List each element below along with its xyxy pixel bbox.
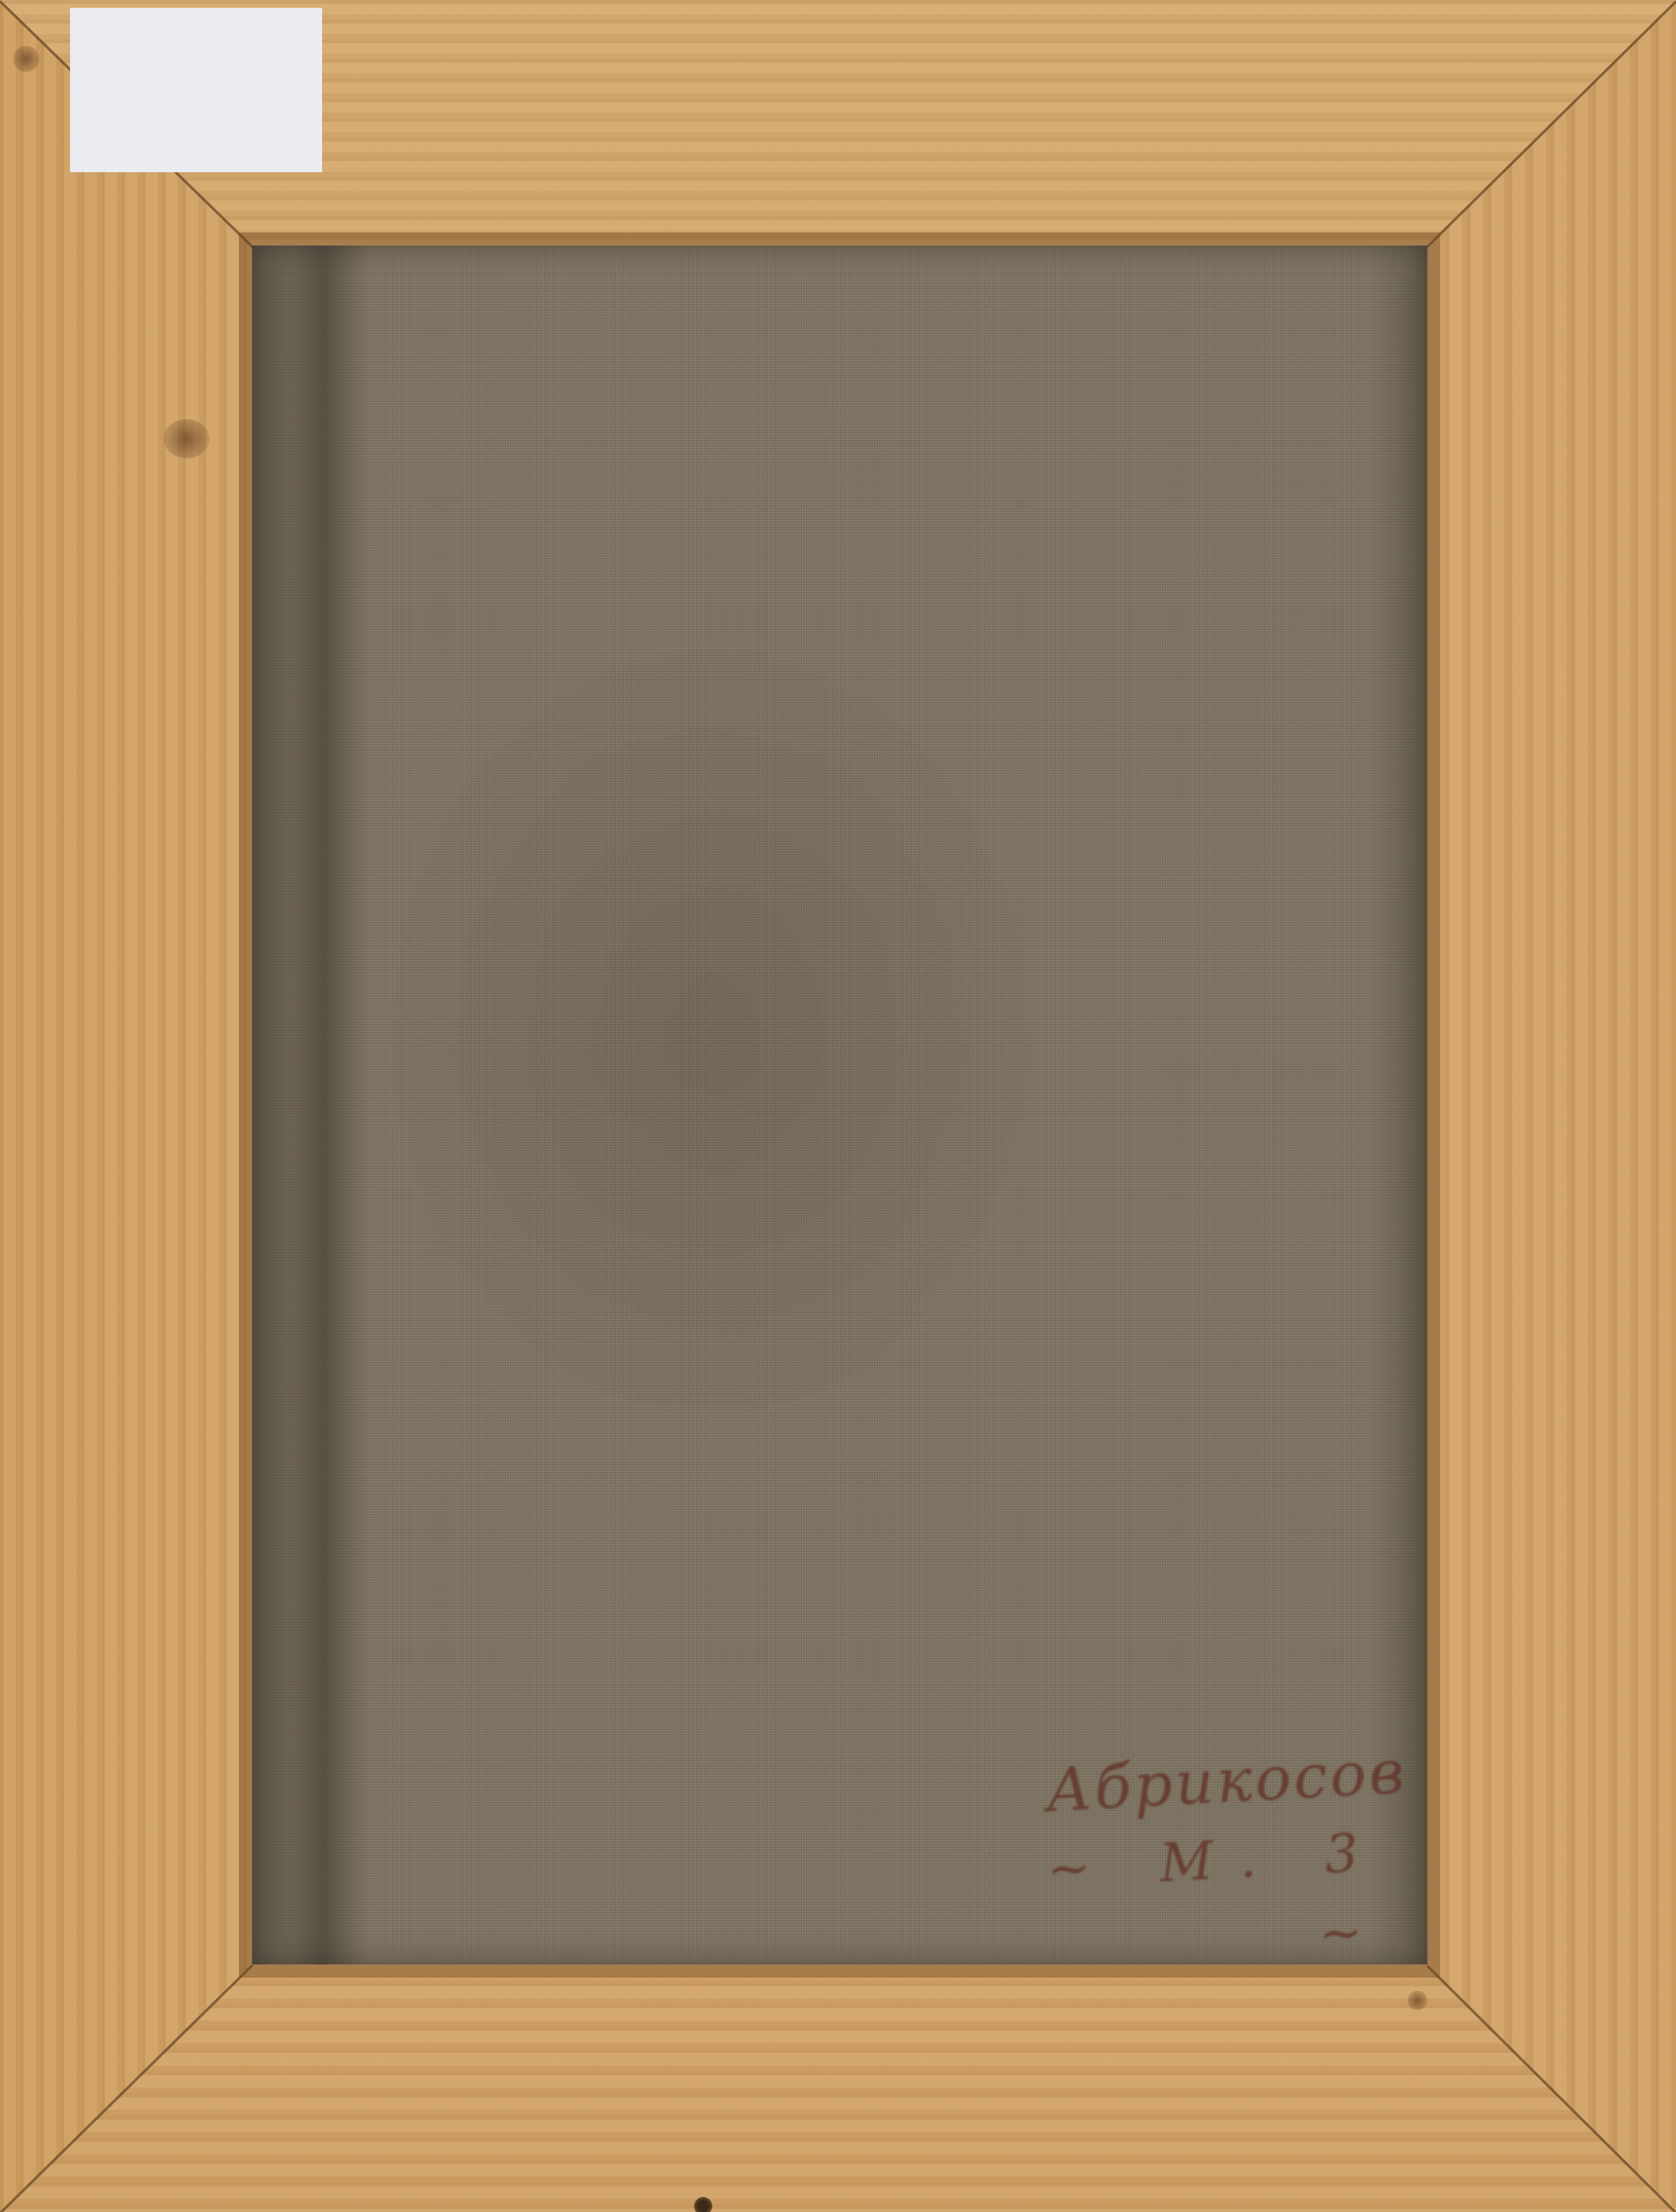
- hanger-hole: [694, 2197, 712, 2212]
- canvas-back: Абрикосов ~ М. 3 ~: [252, 246, 1427, 1964]
- wood-knot: [164, 419, 209, 458]
- inscription-line-1: Абрикосов: [1044, 1737, 1408, 1826]
- framed-canvas-back-photo: Абрикосов ~ М. 3 ~: [0, 0, 1676, 2212]
- wood-knot: [1408, 1991, 1427, 2010]
- handwritten-inscription: Абрикосов ~ М. 3 ~: [934, 1733, 1417, 1993]
- stretcher-shadow-band: [291, 246, 370, 1964]
- wood-knot: [13, 46, 39, 72]
- blank-label: [70, 8, 322, 172]
- inscription-line-2: ~ М. 3 ~: [938, 1813, 1391, 1993]
